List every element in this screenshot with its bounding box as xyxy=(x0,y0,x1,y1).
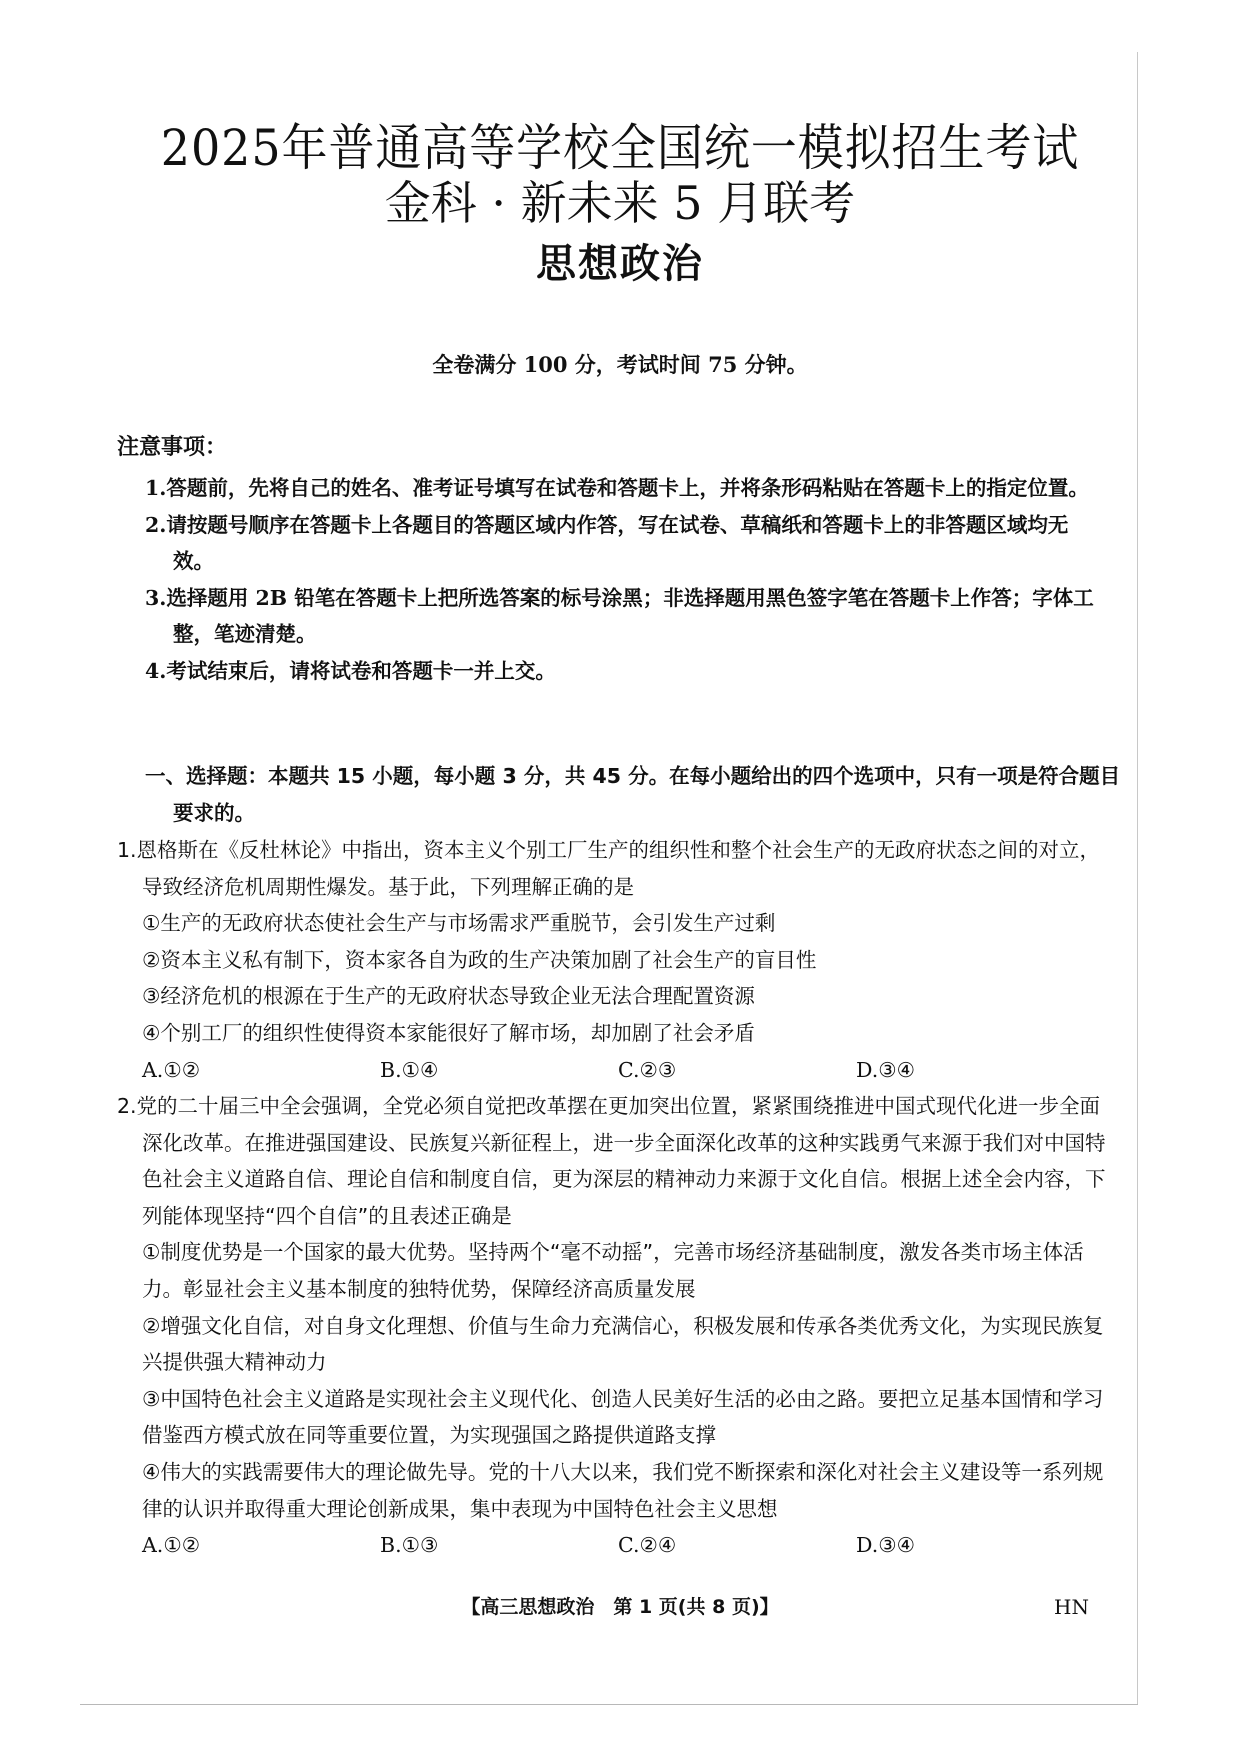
question-2: 2.党的二十届三中全会强调，全党必须自觉把改革摆在更加突出位置，紧紧围绕推进中国… xyxy=(117,1088,1107,1564)
region-code: HN xyxy=(1054,1594,1089,1620)
option-d: D.③④ xyxy=(856,1052,1094,1089)
notice-item: 2.请按题号顺序在答题卡上各题目的答题区域内作答，写在试卷、草稿纸和答题卡上的非… xyxy=(145,507,1105,580)
notice-list: 1.答题前，先将自己的姓名、准考证号填写在试卷和答题卡上，并将条形码粘贴在答题卡… xyxy=(145,470,1105,689)
notice-heading: 注意事项： xyxy=(117,433,227,463)
page-border-bottom xyxy=(80,1704,1138,1705)
exam-info: 全卷满分 100 分，考试时间 75 分钟。 xyxy=(0,350,1240,380)
question-1: 1.恩格斯在《反杜林论》中指出，资本主义个别工厂生产的组织性和整个社会生产的无政… xyxy=(117,832,1107,1088)
option-b: B.①③ xyxy=(380,1527,618,1564)
question-stem: 1.恩格斯在《反杜林论》中指出，资本主义个别工厂生产的组织性和整个社会生产的无政… xyxy=(117,832,1107,905)
notice-item: 3.选择题用 2B 铅笔在答题卡上把所选答案的标号涂黑；非选择题用黑色签字笔在答… xyxy=(145,580,1105,653)
question-stem: 2.党的二十届三中全会强调，全党必须自觉把改革摆在更加突出位置，紧紧围绕推进中国… xyxy=(117,1088,1107,1234)
answer-options: A.①② B.①③ C.②④ D.③④ xyxy=(117,1527,1107,1564)
option-a: A.①② xyxy=(142,1527,380,1564)
statement: ②增强文化自信，对自身文化理想、价值与生命力充满信心，积极发展和传承各类优秀文化… xyxy=(117,1308,1107,1381)
statement: ①制度优势是一个国家的最大优势。坚持两个“毫不动摇”，完善市场经济基础制度，激发… xyxy=(117,1234,1107,1307)
subject-title: 思想政治 xyxy=(0,238,1240,290)
statement: ④伟大的实践需要伟大的理论做先导。党的十八大以来，我们党不断探索和深化对社会主义… xyxy=(117,1454,1107,1527)
statement: ④个别工厂的组织性使得资本家能很好了解市场，却加剧了社会矛盾 xyxy=(117,1015,1107,1052)
section-heading: 一、选择题：本题共 15 小题，每小题 3 分，共 45 分。在每小题给出的四个… xyxy=(145,758,1135,831)
statement: ②资本主义私有制下，资本家各自为政的生产决策加剧了社会生产的盲目性 xyxy=(117,942,1107,979)
option-c: C.②③ xyxy=(618,1052,856,1089)
answer-options: A.①② B.①④ C.②③ D.③④ xyxy=(117,1052,1107,1089)
option-c: C.②④ xyxy=(618,1527,856,1564)
exam-subtitle: 金科 · 新未来 5 月联考 xyxy=(0,175,1240,231)
page-border-right xyxy=(1137,52,1138,1705)
option-d: D.③④ xyxy=(856,1527,1094,1564)
statement: ①生产的无政府状态使社会生产与市场需求严重脱节，会引发生产过剩 xyxy=(117,905,1107,942)
exam-title: 2025年普通高等学校全国统一模拟招生考试 xyxy=(50,118,1191,178)
option-b: B.①④ xyxy=(380,1052,618,1089)
notice-item: 4.考试结束后，请将试卷和答题卡一并上交。 xyxy=(145,653,1105,690)
option-a: A.①② xyxy=(142,1052,380,1089)
statement: ③经济危机的根源在于生产的无政府状态导致企业无法合理配置资源 xyxy=(117,978,1107,1015)
notice-item: 1.答题前，先将自己的姓名、准考证号填写在试卷和答题卡上，并将条形码粘贴在答题卡… xyxy=(145,470,1105,507)
statement: ③中国特色社会主义道路是实现社会主义现代化、创造人民美好生活的必由之路。要把立足… xyxy=(117,1381,1107,1454)
